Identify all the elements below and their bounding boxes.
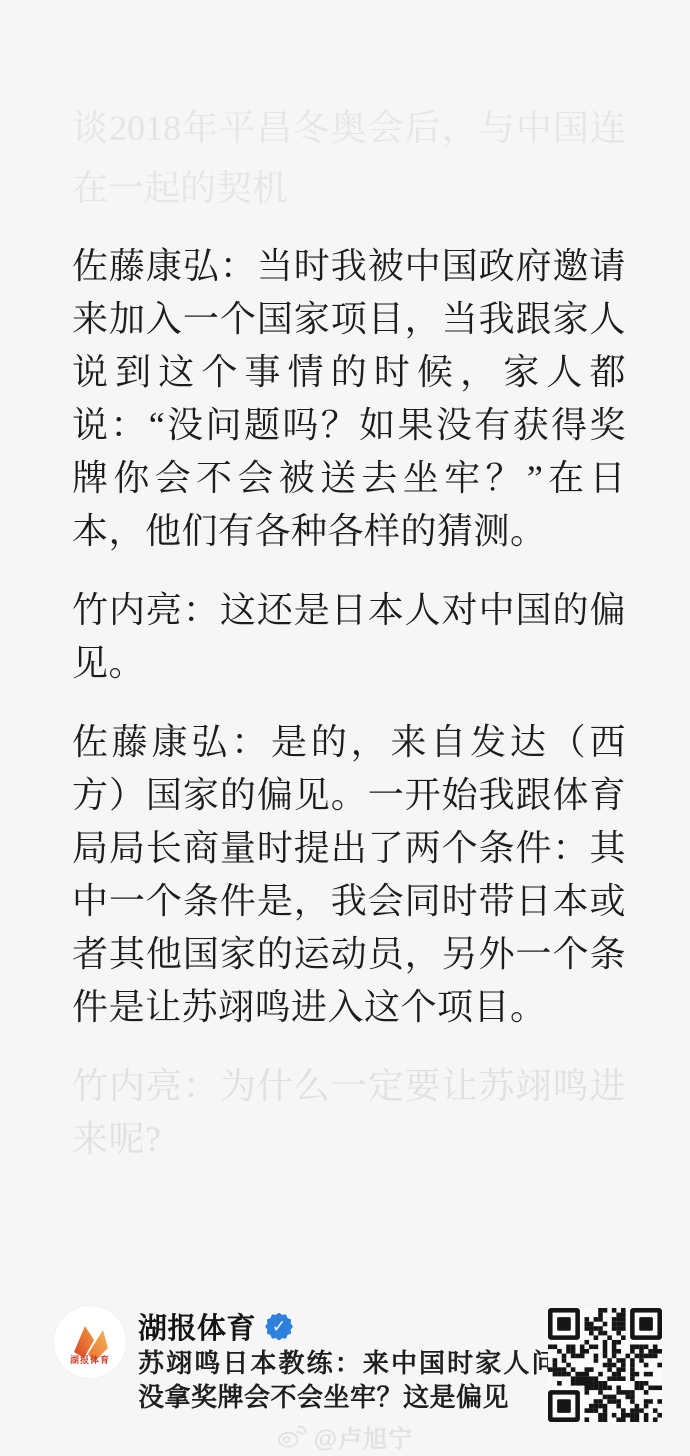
verified-badge-icon: ✓ [265,1313,293,1341]
post-headline: 苏翊鸣日本教练：来中国时家人问没拿奖牌会不会坐牢？这是偏见 [138,1346,558,1414]
qr-code [548,1308,662,1422]
paragraph-takeuchi-2-faded: 竹内亮：为什么一定要让苏翊鸣进来呢? [72,1060,626,1166]
interview-article: 谈2018年平昌冬奥会后，与中国连在一起的契机 佐藤康弘：当时我被中国政府邀请来… [72,0,626,1192]
paragraph-sato-2: 佐藤康弘：是的，来自发达（西方）国家的偏见。一开始我跟体育局局长商量时提出了两个… [72,716,626,1034]
paragraph-sato-1: 佐藤康弘：当时我被中国政府邀请来加入一个国家项目，当我跟家人说到这个事情的时候，… [72,240,626,558]
avatar: 湖报体育 [54,1306,126,1378]
paragraph-takeuchi-1: 竹内亮：这还是日本人对中国的偏见。 [72,584,626,690]
account-row: 湖报体育 ✓ [138,1306,293,1347]
watermark-handle: @卢旭宁 [314,1419,413,1454]
weibo-icon [277,1423,307,1449]
check-icon: ✓ [265,1313,293,1341]
qr-code-icon [548,1308,662,1422]
account-name: 湖报体育 [138,1306,256,1347]
post-footer: 湖报体育 湖报体育 ✓ 苏翊鸣日本教练：来中国时家人问没拿奖牌会不会坐牢？这是偏… [0,1300,690,1430]
avatar-logo-text: 湖报体育 [54,1353,126,1366]
hubao-sports-logo-icon [54,1306,126,1378]
watermark: @卢旭宁 [0,1420,690,1452]
section-heading-faded: 谈2018年平昌冬奥会后，与中国连在一起的契机 [72,98,626,218]
